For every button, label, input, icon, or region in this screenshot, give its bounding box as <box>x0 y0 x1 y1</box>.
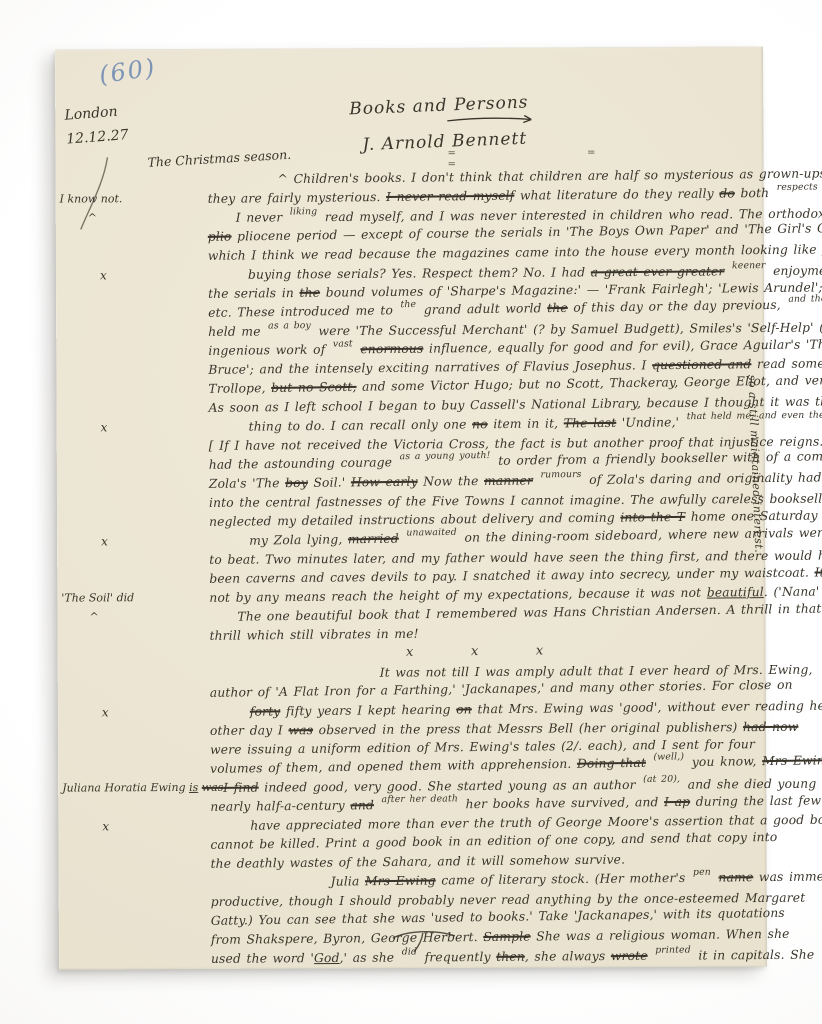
struck-text: but no Scott, <box>271 380 357 395</box>
underlined-text: God <box>314 951 340 965</box>
inserted-text: after her death <box>381 790 458 809</box>
margin-note <box>56 323 208 343</box>
margin-note <box>59 874 211 894</box>
inserted-text: (at 20), <box>643 771 680 789</box>
margin-x-mark: x <box>57 418 249 438</box>
margin-note <box>58 760 210 780</box>
inserted-text: and the <box>788 290 822 309</box>
struck-text: name <box>718 870 753 884</box>
struck-text: Sample <box>483 930 531 944</box>
struck-text: Doing that <box>577 756 646 771</box>
margin-caret-mark: ^ <box>56 209 236 229</box>
margin-note <box>57 456 209 476</box>
struck-text: How early <box>351 475 418 490</box>
margin-note <box>57 437 209 457</box>
struck-text: wrote <box>611 949 648 963</box>
margin-note <box>58 646 210 666</box>
underlined-text: is <box>189 781 198 794</box>
margin-caret-mark: ^ <box>57 608 237 628</box>
struck-text: and <box>350 798 374 812</box>
line-text: used the word 'God,' as she did frequent… <box>211 945 822 969</box>
struck-text: plio <box>208 230 232 244</box>
inserted-text: as a young youth! <box>400 447 491 466</box>
margin-note <box>58 722 210 742</box>
struck-text: into the T <box>620 510 685 525</box>
margin-note <box>59 893 211 913</box>
pencil-lot-number: (60) <box>97 53 158 89</box>
struck-text: boy <box>285 476 308 490</box>
margin-note <box>57 475 209 495</box>
struck-text: It did <box>814 565 822 579</box>
inserted-text: as a boy <box>268 317 311 335</box>
inserted-text: the <box>400 296 416 314</box>
margin-x-mark: x <box>58 817 250 837</box>
margin-note <box>56 304 208 324</box>
struck-text: on <box>456 702 472 716</box>
underlined-text: beautiful <box>707 585 764 600</box>
margin-note <box>59 855 211 875</box>
margin-x-mark: x <box>58 703 250 723</box>
inserted-text: liking <box>290 203 318 221</box>
margin-note <box>57 570 209 590</box>
margin-note <box>59 931 211 951</box>
title-underline-arrow <box>445 113 541 125</box>
margin-note <box>56 342 208 362</box>
inserted-text: rumours <box>540 466 581 484</box>
struck-text: was <box>202 781 224 794</box>
margin-note <box>56 228 208 248</box>
struck-text: forty <box>250 704 281 718</box>
margin-note <box>56 285 208 305</box>
struck-text: manner <box>484 473 533 488</box>
struck-text: was <box>288 723 313 737</box>
page-turn-mark <box>389 926 459 956</box>
struck-text: had now <box>743 720 799 734</box>
margin-note <box>58 665 210 685</box>
margin-note <box>56 171 208 191</box>
inserted-text: respects <box>777 178 818 196</box>
margin-note <box>59 912 211 932</box>
struck-text: I ap <box>664 795 690 809</box>
margin-note <box>59 950 211 970</box>
margin-note <box>57 399 209 419</box>
manuscript-page: (60) London 12.12.27 Books and Persons J… <box>55 46 767 969</box>
page-title: Books and Persons <box>349 92 529 119</box>
struck-text: I find <box>223 781 259 795</box>
struck-text: I never read myself <box>386 189 514 204</box>
struck-text: enormous <box>360 342 423 357</box>
margin-note <box>56 361 208 381</box>
margin-note <box>58 836 210 856</box>
struck-text: Mrs Ewing <box>365 874 436 889</box>
margin-note <box>57 494 209 514</box>
margin-note <box>57 513 209 533</box>
struck-text: a great ever greater <box>591 264 725 279</box>
margin-note: I know not. <box>56 190 208 210</box>
inserted-text: unawaited <box>406 524 457 543</box>
title-block: Books and Persons J. Arnold Bennett <box>55 94 763 153</box>
margin-note: Juliana Horatia Ewing is was <box>58 779 223 799</box>
struck-text: do <box>719 186 735 200</box>
struck-text: The last <box>564 416 617 431</box>
margin-note <box>56 380 208 400</box>
struck-text: then <box>496 950 525 964</box>
struck-text: questioned and <box>652 357 752 372</box>
inserted-text: vast <box>333 335 353 353</box>
margin-x-mark: x <box>56 266 248 286</box>
inserted-text: printed <box>655 942 691 960</box>
inserted-text: pen <box>693 864 711 882</box>
inserted-text: (well,) <box>653 748 684 766</box>
margin-note <box>58 741 210 761</box>
margin-note <box>58 627 210 647</box>
struck-text: Mrs Ewing <box>762 753 822 768</box>
inserted-text: keener <box>732 257 766 275</box>
struck-text: the <box>547 301 568 315</box>
margin-note <box>58 798 210 818</box>
margin-note <box>58 684 210 704</box>
manuscript-body: ^ Children's books. I don't think that c… <box>56 168 767 969</box>
struck-text: no <box>472 417 488 431</box>
margin-note: 'The Soil' did <box>57 589 209 609</box>
margin-note <box>56 247 208 267</box>
margin-x-mark: x <box>57 532 249 552</box>
margin-note <box>57 551 209 571</box>
struck-text: married <box>348 532 399 547</box>
struck-text: the <box>299 286 320 300</box>
